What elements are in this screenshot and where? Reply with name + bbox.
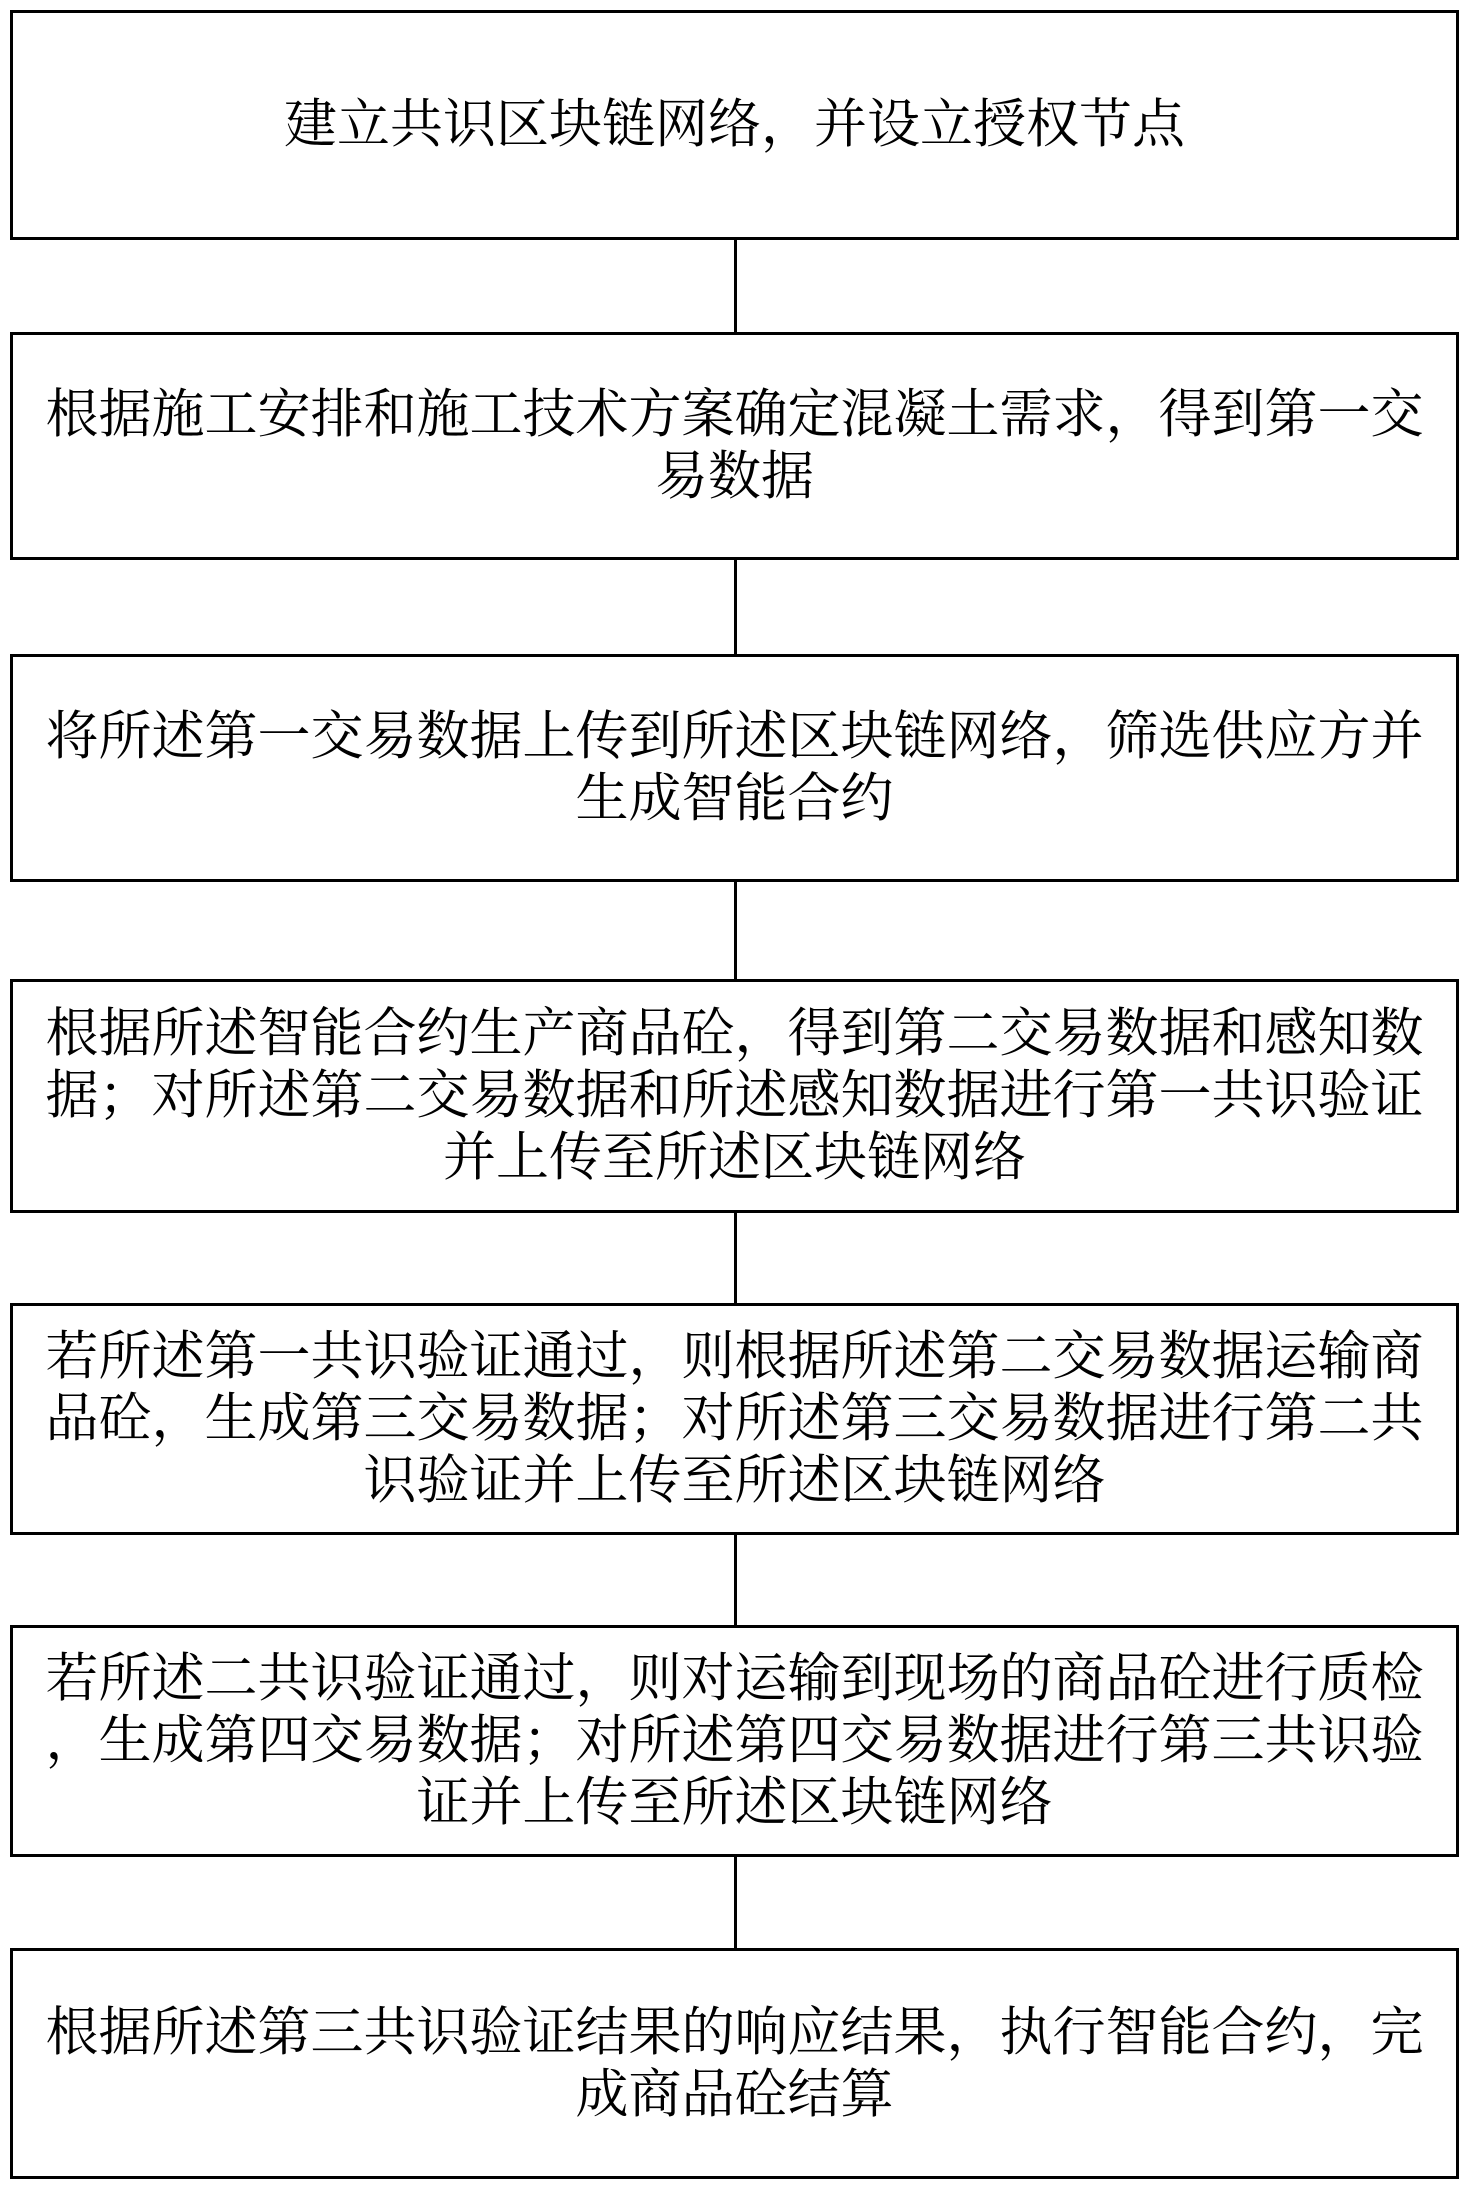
flow-step-4: 根据所述智能合约生产商品砼，得到第二交易数据和感知数 据；对所述第二交易数据和所… [10, 979, 1459, 1213]
flow-step-5-line-3: 识验证并上传至所述区块链网络 [364, 1450, 1106, 1512]
flow-step-6-line-1: 若所述二共识验证通过，则对运输到现场的商品砼进行质检 [46, 1648, 1424, 1710]
flow-step-4-line-2: 据；对所述第二交易数据和所述感知数据进行第一共识验证 [46, 1065, 1424, 1127]
flow-step-2-line-1: 根据施工安排和施工技术方案确定混凝土需求，得到第一交 [46, 384, 1424, 446]
flow-step-1-line-1: 建立共识区块链网络，并设立授权节点 [284, 94, 1185, 156]
flow-step-2-line-2: 易数据 [655, 446, 814, 508]
flow-step-3-line-2: 生成智能合约 [576, 768, 894, 830]
connector-step5-step6 [734, 1535, 737, 1625]
connector-step1-step2 [734, 240, 737, 332]
connector-step2-step3 [734, 560, 737, 654]
patent-flowchart: 建立共识区块链网络，并设立授权节点 根据施工安排和施工技术方案确定混凝土需求，得… [0, 0, 1470, 2191]
flow-step-5: 若所述第一共识验证通过，则根据所述第二交易数据运输商 品砼，生成第三交易数据；对… [10, 1303, 1459, 1535]
flow-step-2: 根据施工安排和施工技术方案确定混凝土需求，得到第一交 易数据 [10, 332, 1459, 560]
flow-step-7-line-1: 根据所述第三共识验证结果的响应结果，执行智能合约，完 [46, 2002, 1424, 2064]
flow-step-3: 将所述第一交易数据上传到所述区块链网络，筛选供应方并 生成智能合约 [10, 654, 1459, 882]
flow-step-5-line-1: 若所述第一共识验证通过，则根据所述第二交易数据运输商 [46, 1326, 1424, 1388]
connector-step3-step4 [734, 882, 737, 979]
flow-step-6-line-3: 证并上传至所述区块链网络 [417, 1772, 1053, 1834]
flow-step-7-line-2: 成商品砼结算 [576, 2064, 894, 2126]
connector-step6-step7 [734, 1857, 737, 1948]
flow-step-3-line-1: 将所述第一交易数据上传到所述区块链网络，筛选供应方并 [46, 706, 1424, 768]
flow-step-6-line-2: ，生成第四交易数据；对所述第四交易数据进行第三共识验 [46, 1710, 1424, 1772]
connector-step4-step5 [734, 1213, 737, 1303]
flow-step-6: 若所述二共识验证通过，则对运输到现场的商品砼进行质检 ，生成第四交易数据；对所述… [10, 1625, 1459, 1857]
flow-step-1: 建立共识区块链网络，并设立授权节点 [10, 10, 1459, 240]
flow-step-4-line-3: 并上传至所述区块链网络 [443, 1127, 1026, 1189]
flow-step-7: 根据所述第三共识验证结果的响应结果，执行智能合约，完 成商品砼结算 [10, 1948, 1459, 2179]
flow-step-5-line-2: 品砼，生成第三交易数据；对所述第三交易数据进行第二共 [46, 1388, 1424, 1450]
flow-step-4-line-1: 根据所述智能合约生产商品砼，得到第二交易数据和感知数 [46, 1003, 1424, 1065]
